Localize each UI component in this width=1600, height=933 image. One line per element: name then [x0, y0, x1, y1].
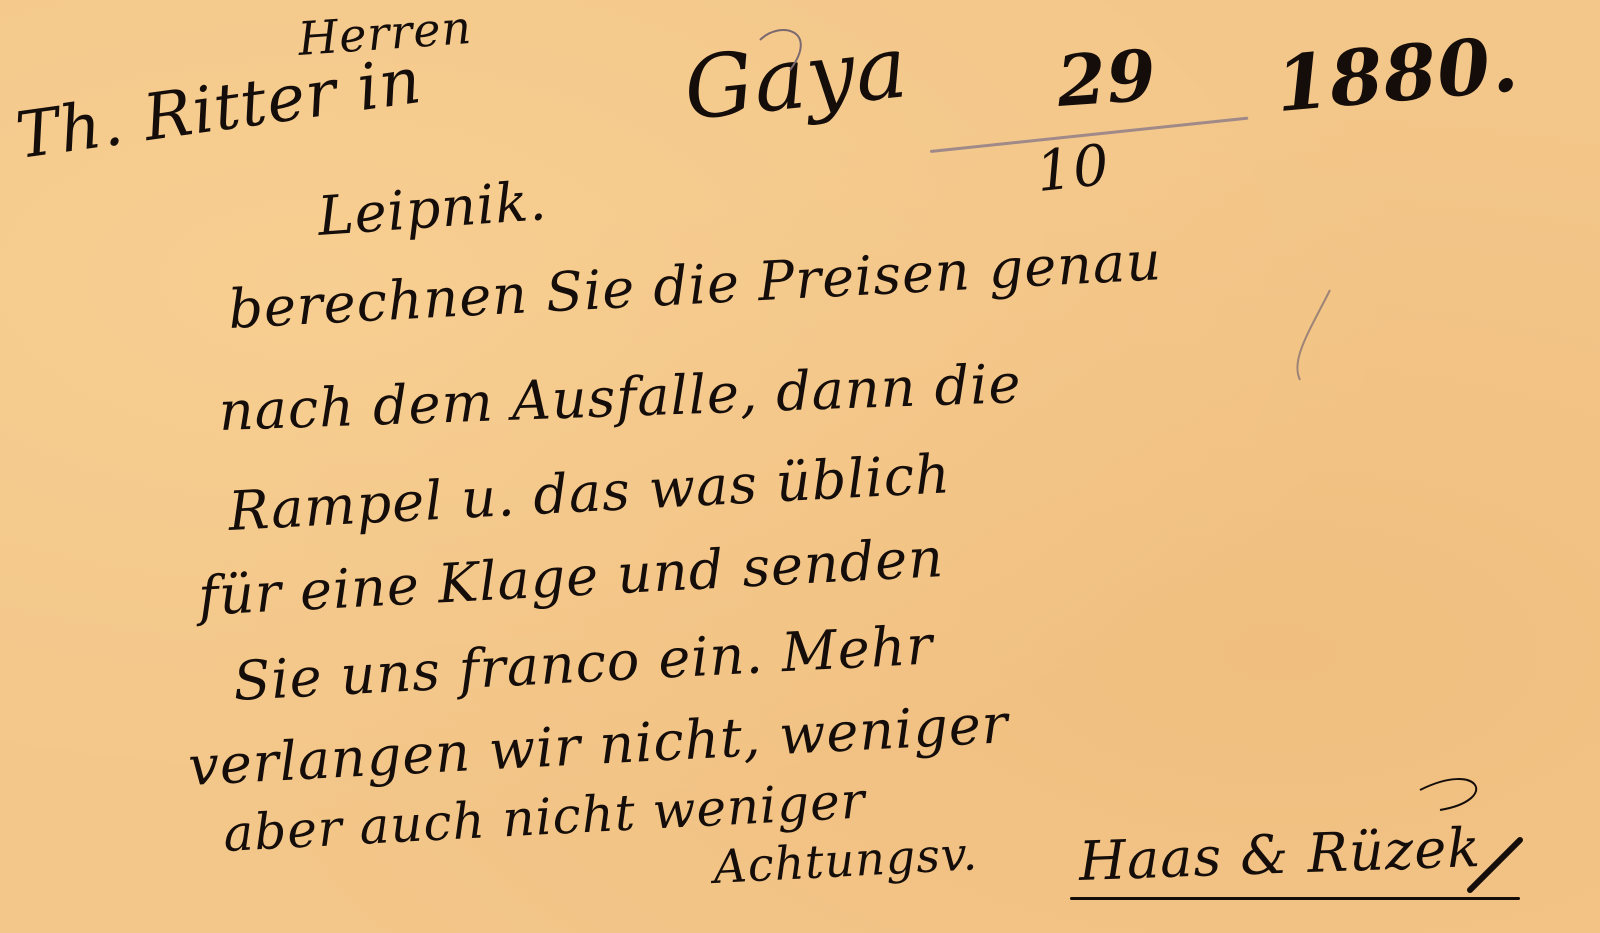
signature-underline [1070, 897, 1520, 900]
date-month: 10 [1033, 133, 1113, 205]
date-day: 29 [1054, 33, 1159, 123]
